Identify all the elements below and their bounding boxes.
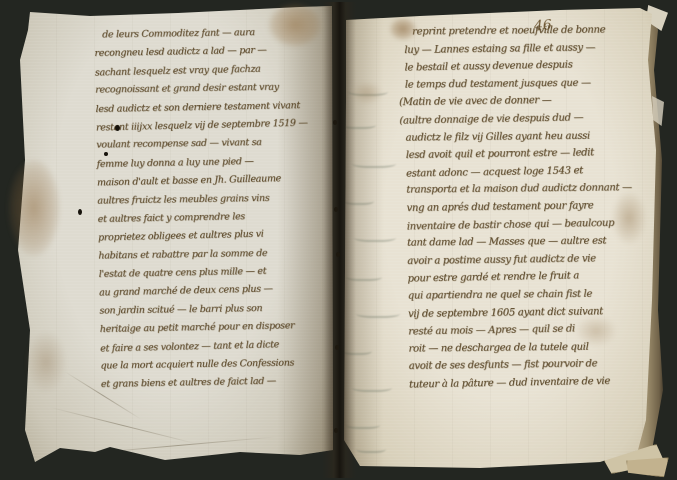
gutter-shading [18, 5, 334, 467]
paper-crease [78, 436, 277, 454]
folio-number: 46 [533, 17, 552, 34]
paper-crease [65, 371, 142, 420]
binding-stitch [336, 252, 340, 257]
ink-blot [104, 152, 108, 156]
left-page: de leurs Commoditez fant — aurarecongneu… [18, 5, 334, 467]
handwritten-line: voulant recompense sad — vivant sa [96, 133, 332, 155]
handwritten-line: audictz le filz vij Gilles ayant heu aus… [405, 127, 645, 147]
gutter-shading [338, 6, 664, 474]
handwritten-line: heritaige au petit marché pour en dispos… [100, 317, 336, 340]
binding-stitch [333, 120, 337, 125]
ink-blot [78, 209, 82, 215]
handwritten-line: resté au mois — Apres — quil se di [408, 319, 648, 341]
handwritten-line: pour estre gardé et rendre le fruit a [407, 266, 647, 288]
handwritten-line: recongneu lesd audictz a lad — par — [94, 41, 330, 64]
handwritten-line: maison d'ault et basse en Jh. Guilleaume [97, 169, 333, 193]
handwritten-line: le bestail et aussy devenue despuis [404, 55, 644, 77]
handwritten-line: et faire a ses volontez — tant et la dic… [100, 335, 336, 359]
handwritten-line: tuteur à la pâture — dud inventaire de v… [409, 372, 649, 394]
handwritten-line: avoir a postime aussy fut audictz de vie [407, 249, 647, 270]
handwritten-line: sachant lesquelz est vray que fachza [95, 59, 331, 83]
handwritten-line: luy — Lannes estaing sa fille et aussy — [404, 38, 644, 59]
ink-bleed-through-marks [342, 76, 406, 456]
right-page: 46 reprint pretendre et noeufville de bo… [338, 6, 664, 474]
open-manuscript-book: de leurs Commoditez fant — aurarecongneu… [0, 0, 677, 480]
handwritten-line: vng an aprés dud testament pour fayre [406, 197, 646, 218]
handwritten-line: recognoissant et grand desir estant vray [95, 78, 331, 100]
handwritten-line: inventaire de bastir chose qui — beaulco… [407, 214, 647, 236]
handwritten-line: qui apartiendra ne quel se chain fist le [408, 285, 648, 305]
handwritten-line: l'estat de quatre cens plus mille — et [99, 262, 335, 285]
handwritten-line: lesd avoit quil et pourront estre — ledi… [406, 144, 646, 165]
handwritten-line: le temps dud testament jusques que — [405, 74, 645, 94]
handwritten-line: femme luy donna a luy une pied — [96, 151, 332, 174]
paper-crease [50, 407, 196, 444]
handwritten-line: et aultres faict y comprendre les [98, 206, 334, 229]
binding-stitch [334, 207, 338, 212]
handwritten-line: lesd audictz et son derniere testament v… [95, 96, 331, 119]
handwritten-line: son jardin scitué — le barri plus son [99, 299, 335, 321]
handwritten-line: et grans biens et aultres de faict lad — [101, 372, 337, 395]
handwritten-line: reprint pretendre et noeufville de bonne [412, 21, 644, 41]
handwritten-line: que la mort acquiert nulle des Confessio… [100, 354, 336, 376]
handwritten-line: roit — ne deschargea de la tutele quil [408, 338, 648, 358]
handwritten-line: proprietez obligees et aultres plus vi [98, 224, 334, 248]
ink-blot [115, 125, 120, 131]
paper-texture [18, 5, 334, 467]
scan-background: { "scene": { "description": "Archival sc… [0, 0, 677, 480]
handwritten-line: avoit de ses desfunts — fist pourvoir de [409, 355, 649, 376]
handwritten-line: aultres fruictz les meubles grains vins [97, 188, 333, 210]
paper-texture [338, 6, 664, 474]
right-page-handwriting: reprint pretendre et noeufville de bonne… [404, 21, 649, 394]
handwritten-line: transporta et la maison dud audictz donn… [406, 179, 646, 199]
handwritten-line: au grand marché de deux cens plus — [99, 279, 335, 303]
left-page-handwriting: de leurs Commoditez fant — aurarecongneu… [94, 22, 337, 394]
handwritten-line: (aultre donnaige de vie despuis dud — [399, 108, 645, 130]
handwritten-line: (Matin de vie avec de donner — [399, 91, 645, 112]
handwritten-line: estant adonc — acquest loge 1543 et [406, 161, 646, 183]
binding-stitch [335, 345, 339, 350]
binding-stitch [334, 428, 338, 433]
handwritten-line: habitans et rabattre par la somme de [98, 244, 334, 266]
handwritten-line: de leurs Commoditez fant — aura [102, 23, 330, 45]
handwritten-line: tant dame lad — Masses que — aultre est [407, 232, 647, 252]
handwritten-line: restant iiijxx lesquelz vij de septembre… [96, 114, 332, 138]
handwritten-line: vij de septembre 1605 ayant dict suivant [408, 302, 648, 323]
